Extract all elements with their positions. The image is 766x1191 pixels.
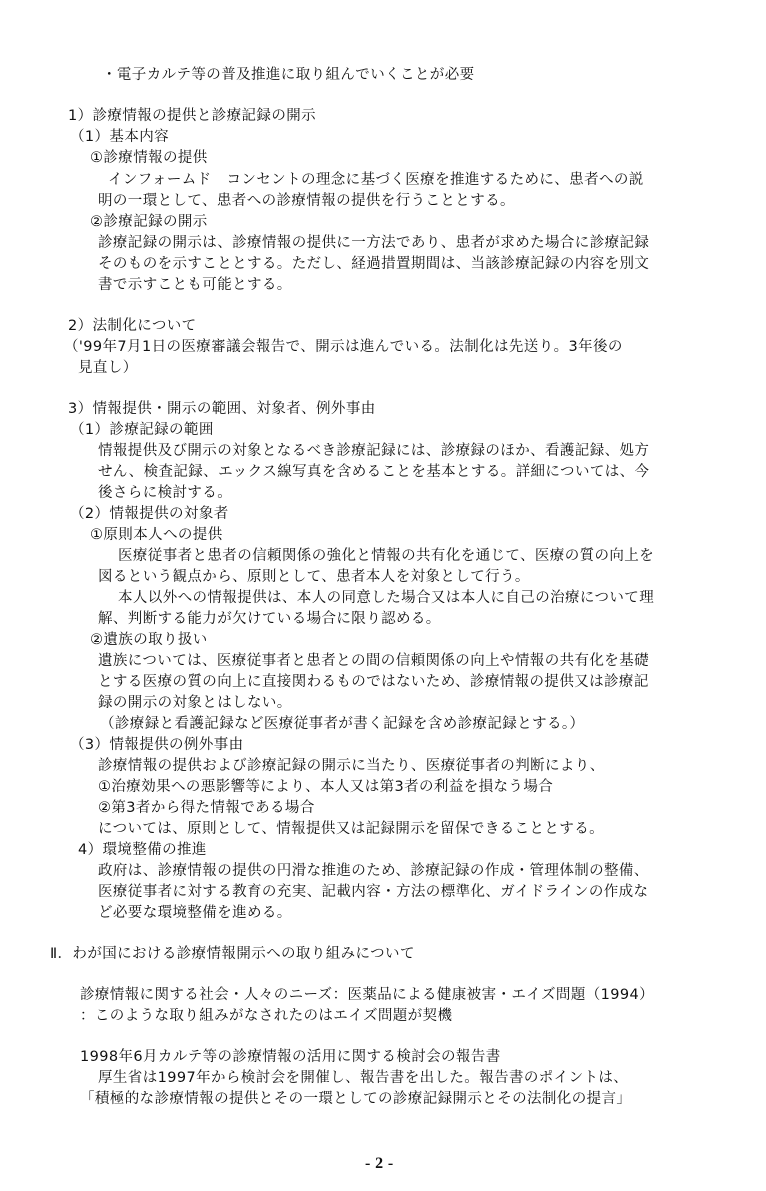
text-line: 診療情報の提供および診療記録の開示に当たり、医療従事者の判断により、 <box>98 756 605 776</box>
text-line: （'99年7月1日の医療審議会報告で、開示は進んでいる。法制化は先送り。3年後の <box>64 337 623 357</box>
text-line: 3）情報提供・開示の範囲、対象者、例外事由 <box>68 399 376 419</box>
text-line: 医療従事者に対する教育の充実、記載内容・方法の標準化、ガイドラインの作成な <box>98 882 648 902</box>
text-line: （1）基本内容 <box>70 127 169 147</box>
text-line: ②遺族の取り扱い <box>90 630 208 650</box>
text-line: 厚生省は1997年から検討会を開催し、報告書を出した。報告書のポイントは、 <box>98 1068 628 1088</box>
text-line: 2）法制化について <box>68 316 197 336</box>
text-line: 政府は、診療情報の提供の円滑な推進のため、診療記録の作成・管理体制の整備、 <box>98 861 649 881</box>
text-line: 診療記録の開示は、診療情報の提供に一方法であり、患者が求めた場合に診療記録 <box>98 233 649 253</box>
text-line: （3）情報提供の例外事由 <box>70 735 244 755</box>
text-line: 4）環境整備の推進 <box>78 840 207 860</box>
text-line: については、原則として、情報提供又は記録開示を留保できることとする。 <box>98 819 604 839</box>
page-number: - 2 - <box>365 1154 394 1174</box>
text-line: （診療録と看護記録など医療従事者が書く記録を含め診療記録とする。） <box>100 714 584 734</box>
text-line: 解、判断する能力が欠けている場合に限り認める。 <box>98 609 441 629</box>
text-line: 「積極的な診療情報の提供とその一環としての診療記録開示とその法制化の提言」 <box>80 1089 631 1109</box>
text-line: せん、検査記録、エックス線写真を含めることを基本とする。詳細については、今 <box>98 462 649 482</box>
text-line: ：このような取り組みがなされたのはエイズ問題が契機 <box>80 1006 452 1026</box>
text-line: 1998年6月カルテ等の診療情報の活用に関する検討会の報告書 <box>80 1047 501 1067</box>
text-line: 本人以外への情報提供は、本人の同意した場合又は本人に自己の治療について理 <box>118 588 654 608</box>
text-line: 書で示すことも可能とする。 <box>98 275 292 295</box>
text-line: ど必要な環境整備を進める。 <box>98 903 292 923</box>
text-line: とする医療の質の向上に直接関わるものではないため、診療情報の提供又は診療記 <box>98 672 649 692</box>
text-line: 後さらに検討する。 <box>98 483 232 503</box>
text-line: 1）診療情報の提供と診療記録の開示 <box>68 106 316 126</box>
text-line: ①治療効果への悪影響等により、本人又は第3者の利益を損なう場合 <box>98 777 553 797</box>
text-line: 情報提供及び開示の対象となるべき診療記録には、診療録のほか、看護記録、処方 <box>98 441 649 461</box>
text-line: 見直し） <box>78 358 138 378</box>
text-line: ①原則本人への提供 <box>90 525 223 545</box>
text-line: ②診療記録の開示 <box>90 212 208 232</box>
text-line: 録の開示の対象とはしない。 <box>98 693 292 713</box>
text-line: 遺族については、医療従事者と患者との間の信頼関係の向上や情報の共有化を基礎 <box>98 651 649 671</box>
text-line: そのものを示すこととする。ただし、経過措置期間は、当該診療記録の内容を別文 <box>98 254 649 274</box>
text-line: ・電子カルテ等の普及推進に取り組んでいくことが必要 <box>102 65 475 85</box>
text-line: 明の一環として、患者への診療情報の提供を行うこととする。 <box>98 191 515 211</box>
text-line: ①診療情報の提供 <box>90 148 208 168</box>
text-line: Ⅱ．わが国における診療情報開示への取り組みについて <box>50 944 415 964</box>
text-line: （2）情報提供の対象者 <box>70 504 229 524</box>
text-line: 医療従事者と患者の信頼関係の強化と情報の共有化を通じて、医療の質の向上を <box>118 546 654 566</box>
text-line: インフォームド コンセントの理念に基づく医療を推進するために、患者への説 <box>108 170 644 190</box>
text-line: 図るという観点から、原則として、患者本人を対象として行う。 <box>98 567 530 587</box>
text-line: ②第3者から得た情報である場合 <box>98 798 315 818</box>
text-line: （1）診療記録の範囲 <box>70 420 214 440</box>
text-line: 診療情報に関する社会・人々のニーズ：医薬品による健康被害・エイズ問題（1994） <box>80 985 654 1005</box>
